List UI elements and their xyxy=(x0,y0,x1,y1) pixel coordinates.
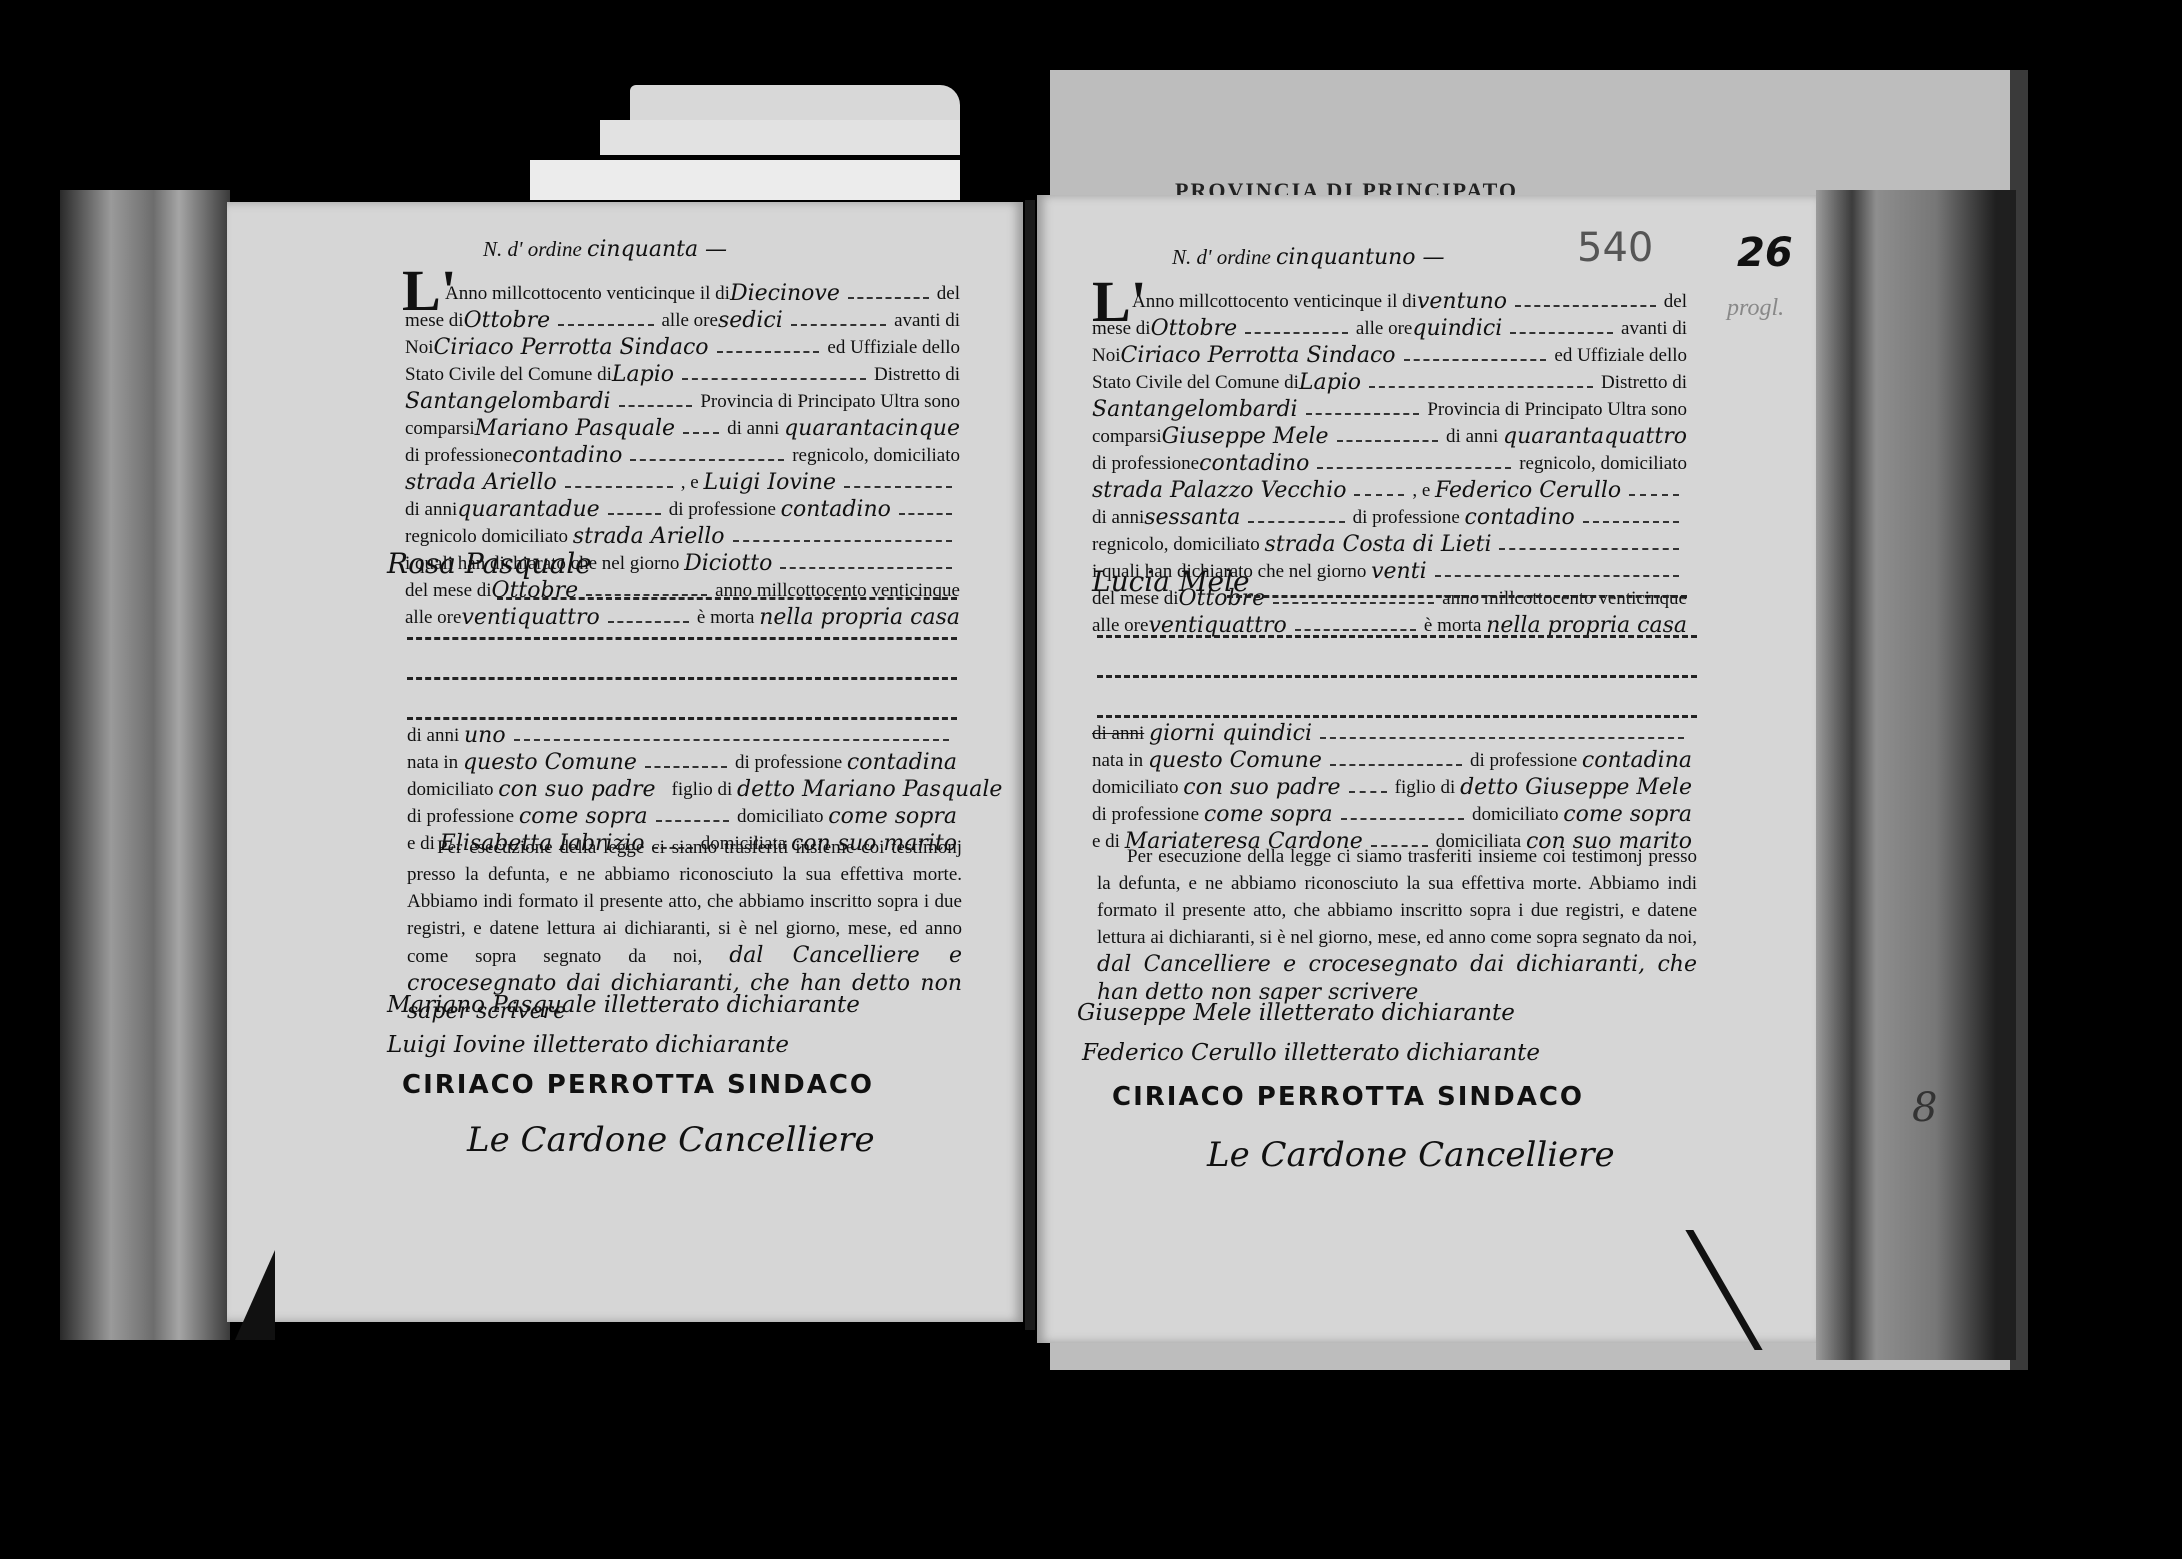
page-corner-tab xyxy=(235,1250,275,1340)
form-value: Santangelombardi xyxy=(405,388,611,415)
form-text: Stato Civile del Comune di xyxy=(405,361,612,388)
form-value: Giuseppe Mele xyxy=(1162,423,1329,450)
form-value: venti xyxy=(1371,558,1427,585)
form-value: Ciriaco Perrotta Sindaco xyxy=(434,334,709,361)
signature-chancellor: Le Cardone Cancelliere xyxy=(467,1120,875,1160)
form-text: Distretto di xyxy=(1601,369,1687,396)
form-text: di professione xyxy=(407,803,514,830)
form-value: ventiquattro xyxy=(461,604,599,631)
signature-declarant-2: Federico Cerullo illetterato dichiarante xyxy=(1082,1040,1540,1066)
form-text: di anni xyxy=(405,496,457,523)
form-text: di professione xyxy=(1092,450,1199,477)
form-text: Noi xyxy=(405,334,434,361)
form-value: Ciriaco Perrotta Sindaco xyxy=(1121,342,1396,369)
form-text: nata in xyxy=(1092,747,1143,774)
form-text: domiciliato xyxy=(1092,774,1179,801)
blank-line xyxy=(407,637,957,640)
form-value: Mariano Pasquale xyxy=(475,415,675,442)
form-value: ventuno xyxy=(1417,288,1507,315)
folio-number: 26 xyxy=(1737,230,1793,276)
form-text: Noi xyxy=(1092,342,1121,369)
form-text: , e xyxy=(681,469,699,496)
signature-declarant-2: Luigi Iovine illetterato dichiarante xyxy=(387,1032,789,1058)
book-stack xyxy=(530,160,960,200)
form-value: strada Costa di Lieti xyxy=(1265,531,1492,558)
blank-line xyxy=(407,717,957,720)
form-value: Ottobre xyxy=(1151,315,1238,342)
left-page-edges xyxy=(60,190,230,1340)
form-text: del xyxy=(1664,288,1687,315)
form-text: di professione xyxy=(669,496,776,523)
form-value: strada Ariello xyxy=(405,469,557,496)
form-text: nata in xyxy=(407,749,458,776)
form-value: Federico Cerullo xyxy=(1435,477,1621,504)
form-value: Diecinove xyxy=(730,280,840,307)
book-stack xyxy=(630,85,960,120)
right-page: N. d' ordine cinquantuno — 540 26 progl.… xyxy=(1037,195,1816,1343)
form-text: regnicolo, domiciliato xyxy=(1519,450,1687,477)
signature-declarant-1: Mariano Pasquale illetterato dichiarante xyxy=(387,992,860,1018)
form-value: quarantaquattro xyxy=(1503,423,1687,450)
form-text: ed Uffiziale dello xyxy=(827,334,960,361)
blank-line xyxy=(1097,635,1697,638)
form-text: di professione xyxy=(735,749,842,776)
form-value: Santangelombardi xyxy=(1092,396,1298,423)
book-stack xyxy=(600,120,960,155)
left-page: N. d' ordine cinquanta — L' Anno millcot… xyxy=(227,202,1023,1322)
form-text: Stato Civile del Comune di xyxy=(1092,369,1299,396)
form-value: contadino xyxy=(512,442,622,469)
form-value: contadino xyxy=(781,496,891,523)
signature-mayor: CIRIACO PERROTTA SINDACO xyxy=(402,1070,874,1100)
form-value: Lapio xyxy=(612,361,674,388)
form-text: domiciliato xyxy=(1472,801,1559,828)
form-text: Anno millcottocento venticinque il di xyxy=(445,280,730,307)
form-value: strada Ariello xyxy=(573,523,725,550)
form-text: di anni xyxy=(727,415,779,442)
form-text: mese di xyxy=(405,307,464,334)
form-value: detto Mariano Pasquale xyxy=(737,776,1002,803)
form-value: sedici xyxy=(718,307,783,334)
form-value: come sopra xyxy=(828,803,957,830)
form-value: contadino xyxy=(1199,450,1309,477)
form-value: Ottobre xyxy=(464,307,551,334)
form-value: questo Comune xyxy=(1148,747,1322,774)
order-heading: N. d' ordine cinquantuno — xyxy=(1172,245,1445,270)
stamp-number: 540 xyxy=(1577,225,1653,271)
form-value: sessanta xyxy=(1144,504,1240,531)
form-text: figlio di xyxy=(1395,774,1456,801)
form-value: con suo padre xyxy=(498,776,655,803)
form-text: Provincia di Principato Ultra sono xyxy=(1427,396,1687,423)
form-value: Lapio xyxy=(1299,369,1361,396)
blank-line xyxy=(1097,715,1697,718)
signature-chancellor: Le Cardone Cancelliere xyxy=(1207,1135,1615,1175)
deceased-name: Rosa Pasquale xyxy=(387,547,592,580)
form-value: contadina xyxy=(847,749,957,776)
form-value: uno xyxy=(464,722,506,749)
form-text: di professione xyxy=(1092,801,1199,828)
form-text: di anni xyxy=(1092,504,1144,531)
order-label: N. d' ordine xyxy=(483,237,582,261)
form-value: Diciotto xyxy=(684,550,772,577)
closing-paragraph: Per esecuzione della legge ci siamo tras… xyxy=(1097,843,1697,1007)
form-text: mese di xyxy=(1092,315,1151,342)
form-value: contadino xyxy=(1465,504,1575,531)
printed-text: Per esecuzione della legge ci siamo tras… xyxy=(1097,846,1697,948)
deceased-name: Lucia Mele xyxy=(1092,565,1250,598)
pencil-mark: progl. xyxy=(1727,295,1784,322)
form-text: del mese di xyxy=(405,577,492,604)
blank-line xyxy=(1097,675,1697,678)
form-text: figlio di xyxy=(672,776,733,803)
form-value: quarantacinque xyxy=(784,415,960,442)
form-value: detto Giuseppe Mele xyxy=(1460,774,1692,801)
form-text: avanti di xyxy=(894,307,960,334)
deceased-details: di anni giorni quindici nata in questo C… xyxy=(1092,720,1692,855)
signature-declarant-1: Giuseppe Mele illetterato dichiarante xyxy=(1077,1000,1515,1026)
form-text: Distretto di xyxy=(874,361,960,388)
form-text: comparsi xyxy=(1092,423,1162,450)
form-value: contadina xyxy=(1582,747,1692,774)
form-value: Luigi Iovine xyxy=(703,469,836,496)
margin-mark: 8 xyxy=(1912,1085,1937,1131)
order-label: N. d' ordine xyxy=(1172,245,1271,269)
form-value: quarantadue xyxy=(457,496,599,523)
blank-line xyxy=(407,677,957,680)
order-heading: N. d' ordine cinquanta — xyxy=(483,237,727,262)
form-text: alle ore xyxy=(405,604,461,631)
form-text: domiciliato xyxy=(737,803,824,830)
form-value: come sopra xyxy=(1204,801,1333,828)
form-text: di anni xyxy=(1092,720,1144,747)
form-text: di professione xyxy=(1470,747,1577,774)
form-text: avanti di xyxy=(1621,315,1687,342)
form-text: di professione xyxy=(1353,504,1460,531)
order-number: cinquanta — xyxy=(587,237,727,262)
blank-line xyxy=(497,597,957,600)
signature-mayor: CIRIACO PERROTTA SINDACO xyxy=(1112,1082,1584,1112)
form-value: con suo padre xyxy=(1183,774,1340,801)
form-text: di anni xyxy=(407,722,459,749)
form-text: regnicolo domiciliato xyxy=(405,523,568,550)
handwritten-text: dal Cancelliere e crocesegnato dai dichi… xyxy=(1097,952,1697,1005)
form-value: giorni quindici xyxy=(1149,720,1312,747)
form-text: Provincia di Principato Ultra sono xyxy=(700,388,960,415)
form-text: è morta xyxy=(697,604,755,631)
form-value: quindici xyxy=(1412,315,1502,342)
form-value: nella propria casa xyxy=(759,604,960,631)
form-text: comparsi xyxy=(405,415,475,442)
form-value: strada Palazzo Vecchio xyxy=(1092,477,1346,504)
right-page-edges xyxy=(1816,190,2016,1360)
form-text: alle ore xyxy=(1356,315,1412,342)
form-text: regnicolo, domiciliato xyxy=(1092,531,1260,558)
form-text: regnicolo, domiciliato xyxy=(792,442,960,469)
form-text: , e xyxy=(1412,477,1430,504)
form-text: di anni xyxy=(1446,423,1498,450)
order-number: cinquantuno — xyxy=(1276,245,1444,270)
book-spine xyxy=(1025,200,1035,1330)
blank-line xyxy=(1227,595,1687,598)
form-text: ed Uffiziale dello xyxy=(1554,342,1687,369)
form-value: come sopra xyxy=(1563,801,1692,828)
form-value: questo Comune xyxy=(463,749,637,776)
form-value: come sopra xyxy=(519,803,648,830)
form-text: alle ore xyxy=(662,307,718,334)
form-text: Anno millcottocento venticinque il di xyxy=(1132,288,1417,315)
form-text: domiciliato xyxy=(407,776,494,803)
form-text: di professione xyxy=(405,442,512,469)
form-text: del xyxy=(937,280,960,307)
form-text: anno millcottocento venticinque xyxy=(1442,585,1687,612)
